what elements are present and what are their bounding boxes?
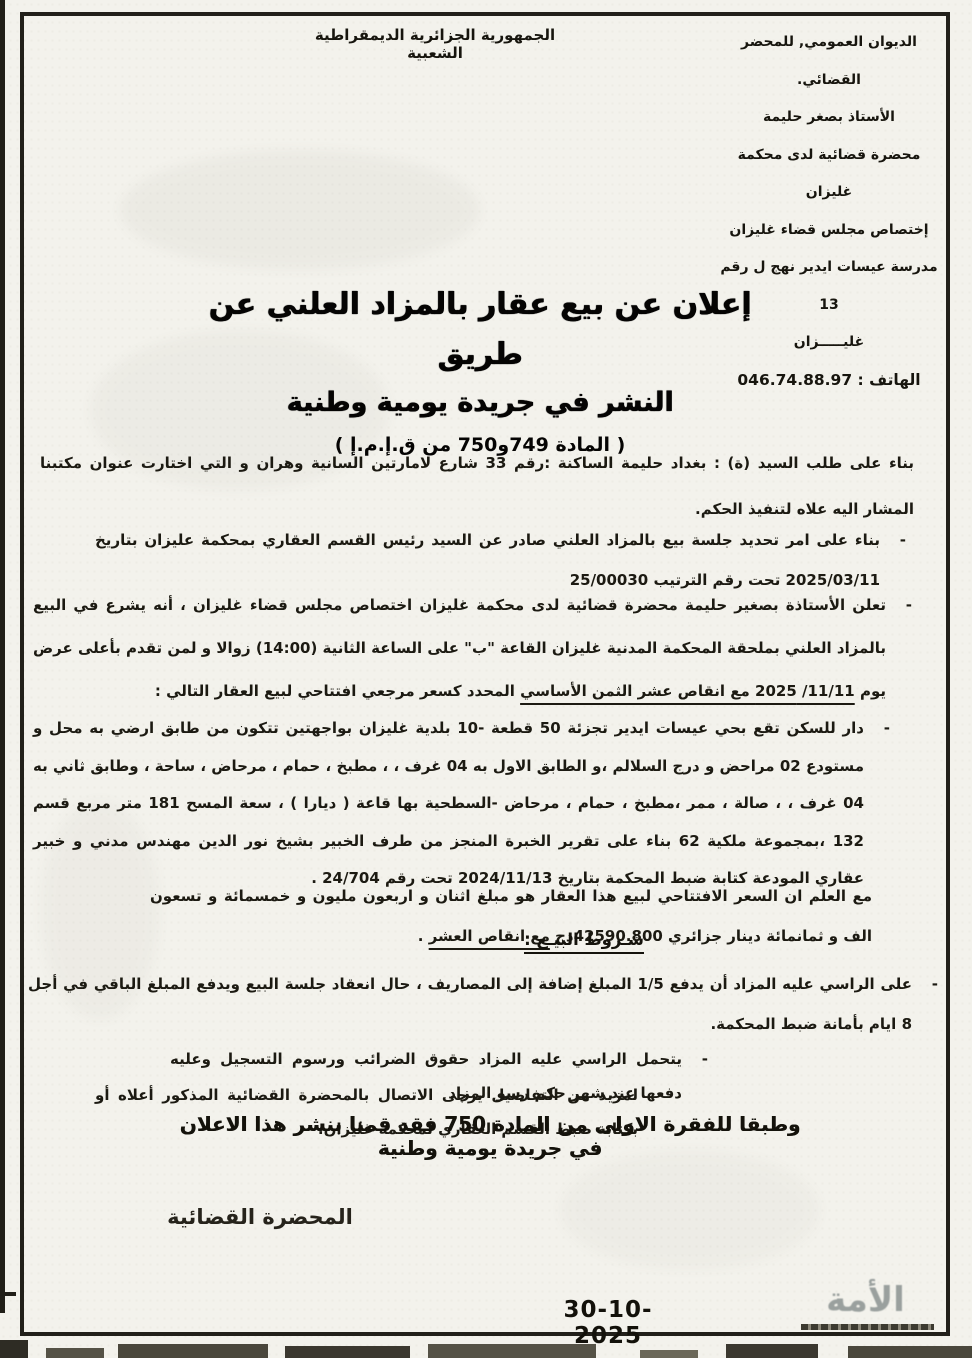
bullet-dash: - [924,964,938,1044]
adjacent-page-fragment [848,1346,972,1358]
adjacent-page-fragment [285,1346,410,1358]
adjacent-page-fragment [118,1344,268,1358]
title-line-2: النشر في جريدة يومية وطنية [195,380,765,426]
term-text-deposit: على الراسي عليه المزاد أن يدفع 1/5 المبل… [28,964,912,1044]
bullet-dash: - [876,710,890,898]
adjacent-page-fragment [46,1348,104,1358]
office-line-bailiff-title: محضرة قضائية لدى محكمة غليزان [714,137,944,212]
publication-closing-line: وطبقا للفقرة الاولى من المادة 750 فقد قم… [170,1112,810,1160]
republic-header: الجمهورية الجزائرية الديمقراطية الشعبية [285,26,585,62]
adjacent-page-fragment [726,1344,818,1358]
price-post: . [418,927,429,945]
scan-ghosting [560,1150,820,1270]
sale-announcement-text: تعلن الأستاذة بصغير حليمة محضرة قضائية ل… [33,584,886,713]
office-line-jurisdiction: إختصاص مجلس قضاء غليزان [714,212,944,250]
scan-edge-line [0,0,5,1313]
term-item-deposit: - على الراسي عليه المزاد أن يدفع 1/5 الم… [28,964,938,1044]
scan-ghosting [120,150,480,270]
announcement-title: إعلان عن بيع عقار بالمزاد العلني عن طريق… [195,280,765,456]
adjacent-page-fragment [640,1350,698,1358]
newspaper-logo-caption-bar [801,1324,934,1330]
announcement-post: المحدد كسعر مرجعي افتتاحي لبيع العقار ال… [155,682,520,700]
newspaper-masthead-logo: الأمة [795,1280,940,1332]
sale-announcement-item: - تعلن الأستاذة بصغير حليمة محضرة قضائية… [33,584,912,713]
bullet-dash: - [898,584,912,713]
announcement-underlined-date: 11/11/ 2025 مع انقاص عشر الثمن الأساسي [520,682,855,700]
office-line-public-office: الديوان العمومي, للمحضر القضائي. [714,24,944,99]
bullet-dash: - [694,1042,708,1110]
title-line-1: إعلان عن بيع عقار بالمزاد العلني عن طريق [195,280,765,380]
property-description-text: دار للسكن تقع بحي عيسات ايدير تجزئة 50 ق… [33,710,864,898]
scanned-document-page: الجمهورية الجزائرية الديمقراطية الشعبية … [0,0,972,1358]
adjacent-page-fragment [428,1344,596,1358]
office-line-bailiff-name: الأستاذ بصغر حليمة [714,99,944,137]
property-description-item: - دار للسكن تقع بحي عيسات ايدير تجزئة 50… [33,710,890,898]
adjacent-page-fragment [0,1340,28,1358]
publication-date: 30-10-2025 [538,1297,678,1349]
newspaper-logo-text: الأمة [795,1280,936,1318]
scan-edge-corner [0,1292,16,1296]
bailiff-signature: المحضرة القضائية [160,1205,360,1229]
opening-price-paragraph: مع العلم ان السعر الافتتاحي لبيع هذا الع… [150,876,872,956]
request-paragraph: بناء على طلب السيد (ة) : بغداد حليمة الس… [40,440,914,532]
sale-terms-heading: شـروط البيـع : [524,930,644,954]
